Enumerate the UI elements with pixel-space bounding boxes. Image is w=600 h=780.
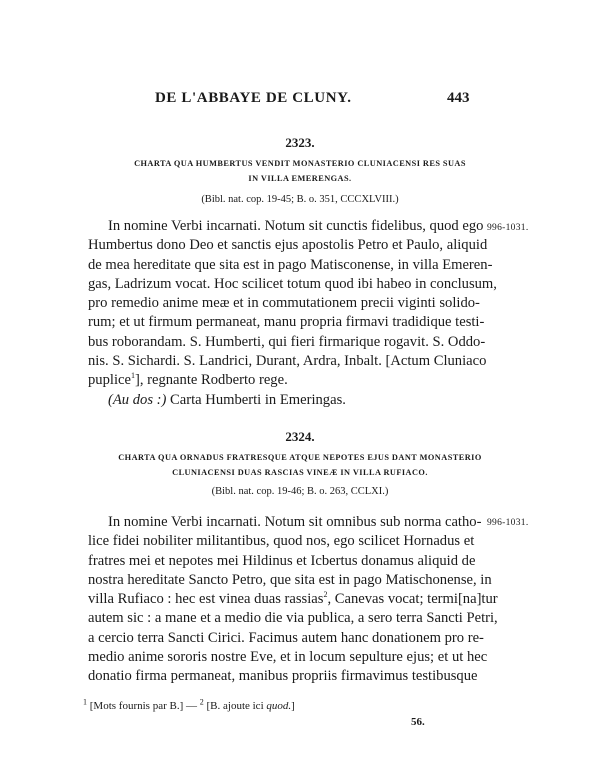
body-line: pro remedio anime meæ et in commutatione… <box>88 294 474 313</box>
endorsement-line: (Au dos :) Carta Humberti in Emeringas. <box>88 391 474 410</box>
body-line: gas, Ladrizum vocat. Hoc scilicet totum … <box>88 275 474 294</box>
source-reference: (Bibl. nat. cop. 19-45; B. o. 351, CCCXL… <box>0 194 600 205</box>
body-line: autem sic : a mane et a medio die via pu… <box>88 609 474 628</box>
charter-title: CHARTA QUA ORNADUS FRATRESQUE ATQUE NEPO… <box>80 450 520 480</box>
date-margin: 996-1031. <box>487 223 529 233</box>
running-title: DE L'ABBAYE DE CLUNY. <box>155 90 352 107</box>
body-line: fratres mei et nepotes mei Hildinus et I… <box>88 552 474 571</box>
printer-signature-mark: 56. <box>411 716 425 728</box>
endorsement-label: (Au dos :) <box>108 392 166 408</box>
charter-title-line: CHARTA QUA ORNADUS FRATRESQUE ATQUE NEPO… <box>80 450 520 465</box>
body-line: Humbertus dono Deo et sanctis ejus apost… <box>88 236 474 255</box>
body-line: puplice1], regnante Rodberto rege. <box>88 371 474 390</box>
book-page: DE L'ABBAYE DE CLUNY. 443 2323. CHARTA Q… <box>0 0 600 780</box>
body-line: In nomine Verbi incarnati. Notum sit omn… <box>88 513 474 532</box>
body-text-span: villa Rufiaco : hec est vinea duas rassi… <box>88 591 323 607</box>
body-line: lice fidei nobiliter militantibus, quod … <box>88 532 474 551</box>
body-line: rum; et ut firmum permaneat, manu propri… <box>88 313 474 332</box>
footnote-italic: quod. <box>266 700 291 712</box>
charter-number: 2324. <box>0 429 600 445</box>
body-line: donatio firma permaneat, manibus proprii… <box>88 667 474 686</box>
charter-title-line: CLUNIACENSI DUAS RASCIAS VINEÆ IN VILLA … <box>80 465 520 480</box>
body-line: villa Rufiaco : hec est vinea duas rassi… <box>88 590 474 609</box>
charter-title: CHARTA QUA HUMBERTUS VENDIT MONASTERIO C… <box>80 156 520 186</box>
body-line: nostra hereditate Sancto Petro, que sita… <box>88 571 474 590</box>
page-number: 443 <box>447 90 470 107</box>
body-line: bus roborandam. S. Humberti, qui fieri f… <box>88 333 474 352</box>
charter-body: In nomine Verbi incarnati. Notum sit cun… <box>88 217 474 410</box>
body-line: medio anime sororis nostre Eve, et in lo… <box>88 648 474 667</box>
body-text-span: puplice <box>88 372 131 388</box>
endorsement-text: Carta Humberti in Emeringas. <box>166 392 346 408</box>
footnotes: 1 [Mots fournis par B.] — 2 [B. ajoute i… <box>83 700 295 712</box>
source-reference: (Bibl. nat. cop. 19-46; B. o. 263, CCLXI… <box>0 486 600 497</box>
body-line: nis. S. Sichardi. S. Landrici, Durant, A… <box>88 352 474 371</box>
footnote-text: [B. ajoute ici <box>204 700 267 712</box>
body-text-span: , Canevas vocat; termi[na]tur <box>327 591 497 607</box>
charter-title-line: CHARTA QUA HUMBERTUS VENDIT MONASTERIO C… <box>80 156 520 171</box>
charter-title-line: IN VILLA EMERENGAS. <box>80 171 520 186</box>
charter-body: In nomine Verbi incarnati. Notum sit omn… <box>88 513 474 687</box>
charter-number: 2323. <box>0 135 600 151</box>
body-line: de mea hereditate que sita est in pago M… <box>88 256 474 275</box>
body-text-span: ], regnante Rodberto rege. <box>135 372 288 388</box>
body-line: In nomine Verbi incarnati. Notum sit cun… <box>88 217 474 236</box>
body-line: a cercio terra Sancti Cirici. Facimus au… <box>88 629 474 648</box>
footnote-text: [Mots fournis par B.] — <box>87 700 200 712</box>
running-head: DE L'ABBAYE DE CLUNY. 443 <box>0 90 600 112</box>
footnote-text: ] <box>291 700 295 712</box>
date-margin: 996-1031. <box>487 518 529 528</box>
